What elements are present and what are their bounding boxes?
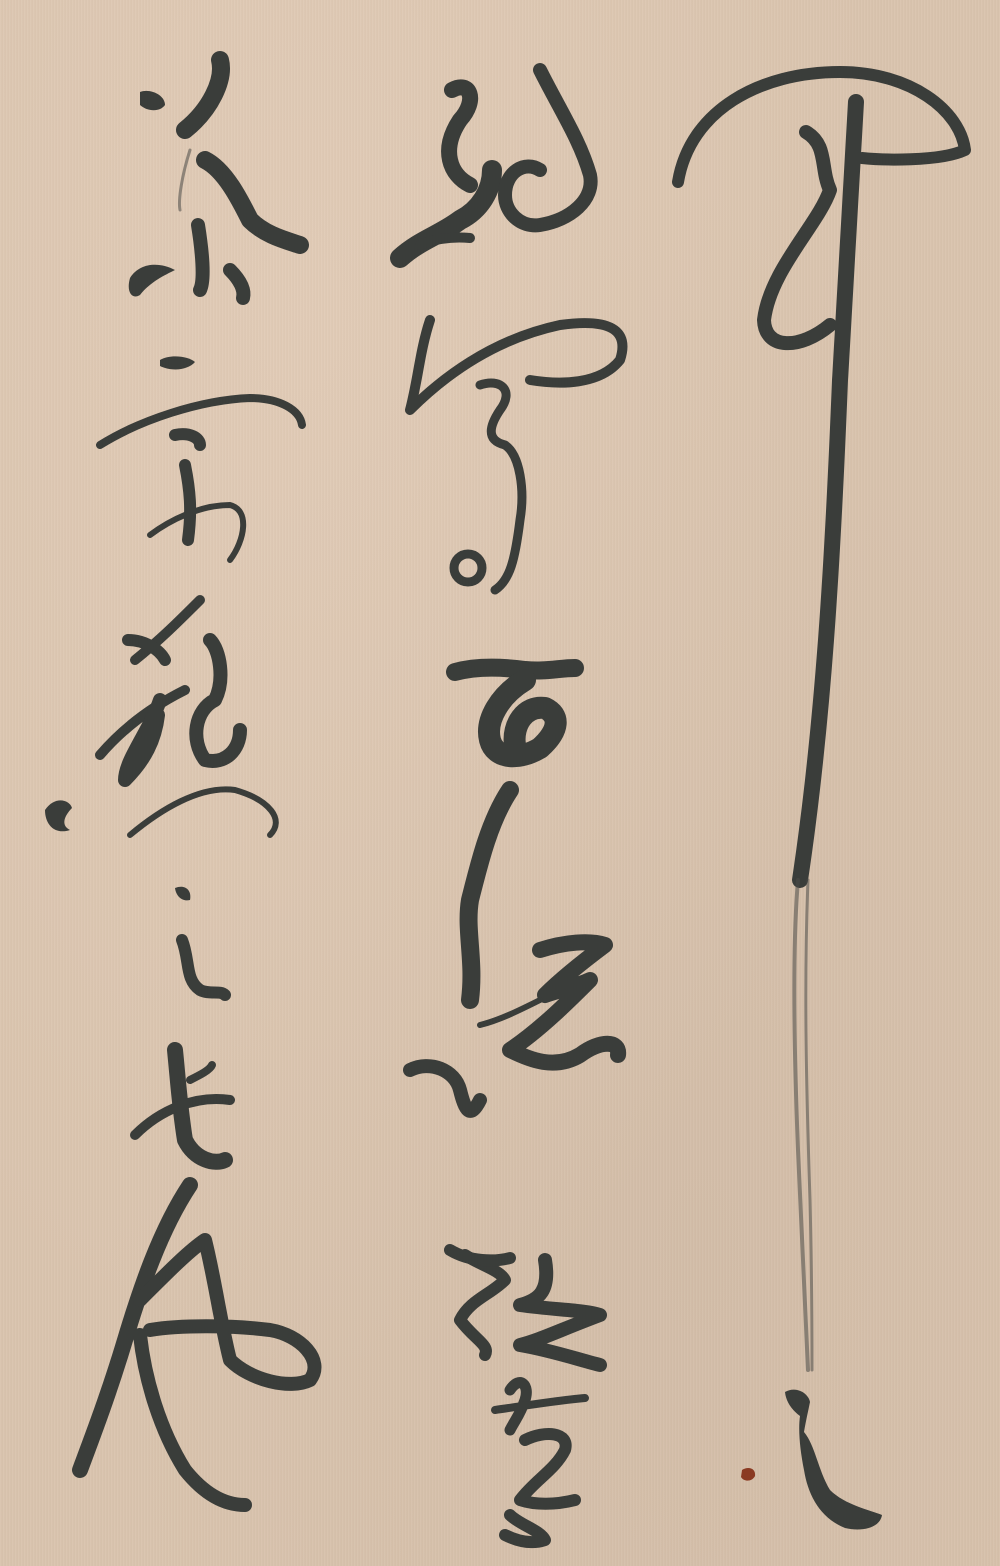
right-column xyxy=(678,72,965,1529)
calligraphy-ink xyxy=(0,0,1000,1566)
left-column xyxy=(45,60,314,1505)
calligraphy-paper: cursive-script calligraphy (草書) xyxy=(0,0,1000,1566)
middle-column xyxy=(400,70,623,1542)
